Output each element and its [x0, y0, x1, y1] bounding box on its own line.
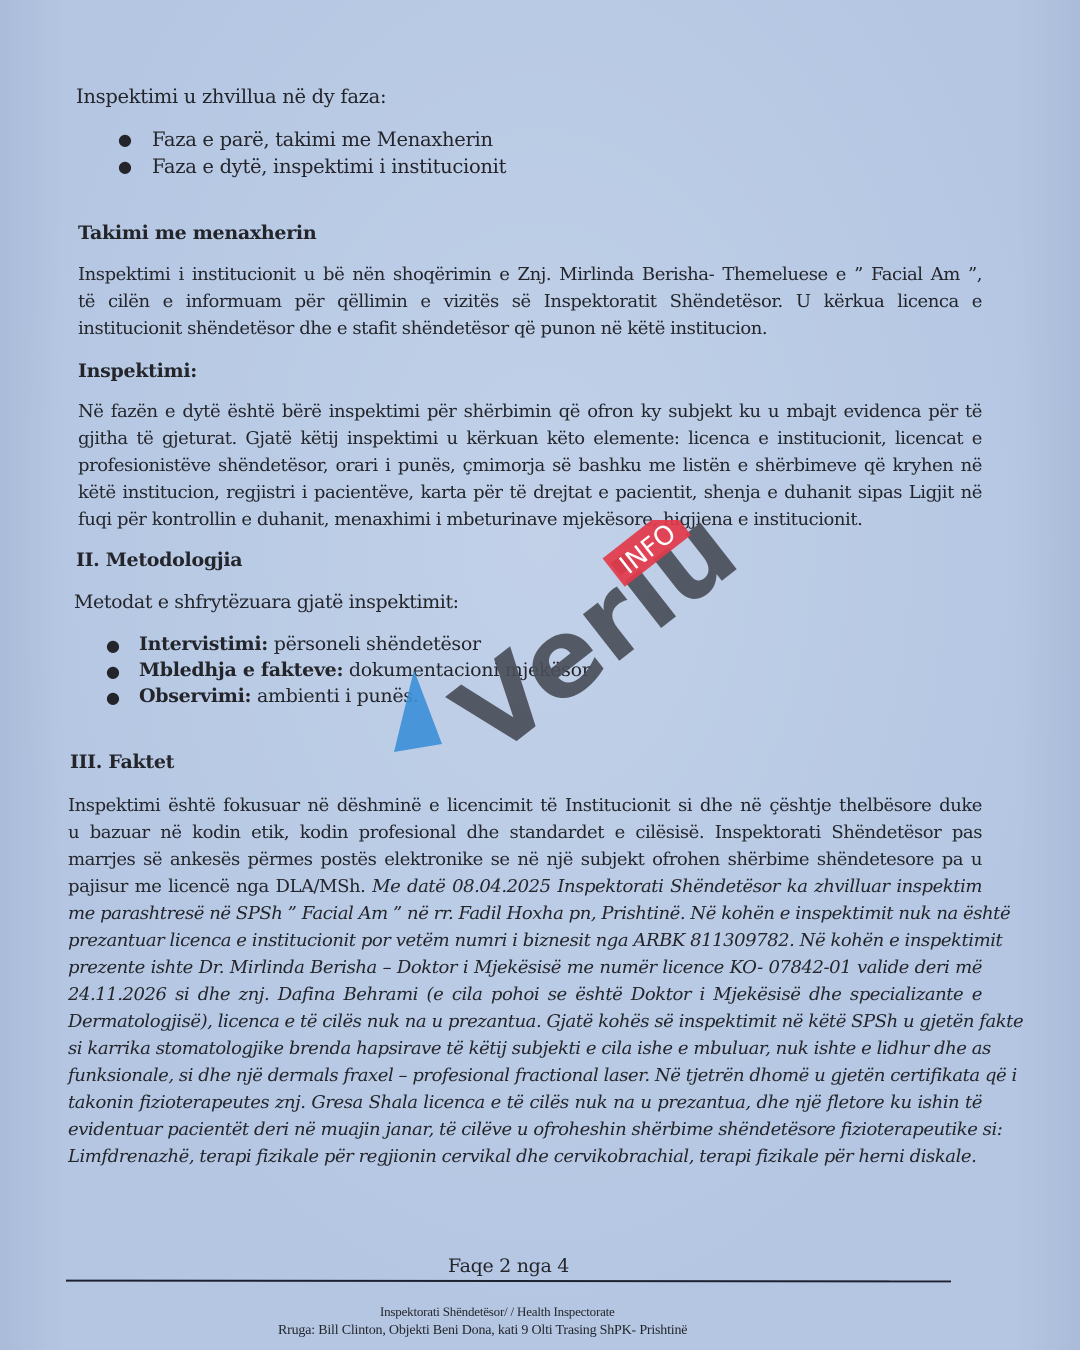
facts-line: Inspektimi është fokusuar në dëshminë e … [68, 792, 982, 819]
method-item: Intervistimi: përsoneli shëndetësor [139, 633, 481, 655]
facts-line: me parashtresë në SPSh ” Facial Am ” në … [68, 900, 982, 927]
meeting-heading: Takimi me menaxherin [78, 222, 316, 244]
facts-line: marrjes së ankesës përmes postës elektro… [68, 846, 982, 873]
bullet-icon: ● [106, 636, 120, 655]
bullet-icon: ● [106, 688, 120, 707]
meeting-line: Inspektimi i institucionit u bë nën shoq… [78, 261, 982, 288]
method-item: Mbledhja e fakteve: dokumentacioni mjekë… [139, 659, 591, 681]
inspection-line: Në fazën e dytë është bërë inspektimi pë… [78, 398, 982, 425]
facts-line: funksionale, si dhe një dermals fraxel –… [68, 1062, 982, 1089]
inspection-line: gjitha të gjeturat. Gjatë këtij inspekti… [78, 425, 982, 452]
facts-line: takonin fizioterapeutes znj. Gresa Shala… [68, 1089, 982, 1116]
facts-paragraph: Inspektimi është fokusuar në dëshminë e … [68, 792, 982, 1170]
facts-line: si karrika stomatologjike brenda hapsira… [68, 1035, 982, 1062]
methodology-intro: Metodat e shfrytëzuara gjatë inspektimit… [74, 591, 459, 613]
footer-address: Rruga: Bill Clinton, Objekti Beni Dona, … [278, 1323, 687, 1339]
footer-institution: Inspektorati Shëndetësor/ / Health Inspe… [380, 1304, 615, 1320]
facts-line: Limfdrenazhë, terapi fizikale për regjio… [68, 1143, 982, 1170]
facts-line: pajisur me licencë nga DLA/MSh. Me datë … [68, 873, 982, 900]
logo-accent-icon [394, 670, 442, 752]
bullet-icon: ● [118, 130, 132, 149]
bullet-icon: ● [118, 157, 132, 176]
intro-heading: Inspektimi u zhvillua në dy faza: [76, 85, 386, 108]
facts-line: prezantuar licenca e institucionit por v… [68, 927, 982, 954]
meeting-line: të cilën e informuam për qëllimin e vizi… [78, 288, 982, 315]
bullet-icon: ● [106, 662, 120, 681]
inspection-heading: Inspektimi: [78, 360, 197, 382]
inspection-paragraph: Në fazën e dytë është bërë inspektimi pë… [78, 398, 982, 533]
document-page: Inspektimi u zhvillua në dy faza: ● Faza… [0, 0, 1080, 1350]
methodology-heading: II. Metodologjia [76, 549, 242, 571]
meeting-line: institucionit shëndetësor dhe e stafit s… [78, 315, 982, 342]
inspection-line: fuqi për kontrollin e duhanit, menaxhimi… [78, 506, 982, 533]
inspection-line: këtë institucion, regjistri i pacientëve… [78, 479, 982, 506]
facts-line: evidentuar pacientët deri në muajin jana… [68, 1116, 982, 1143]
method-item: Observimi: ambienti i punës. [139, 685, 418, 707]
facts-line: prezente ishte Dr. Mirlinda Berisha – Do… [68, 954, 982, 981]
facts-line: Dermatologjisë), licenca e të cilës nuk … [68, 1008, 982, 1035]
footer-divider [66, 1280, 951, 1283]
inspection-line: profesionistëve shëndetësor, orari i pun… [78, 452, 982, 479]
meeting-paragraph: Inspektimi i institucionit u bë nën shoq… [78, 261, 982, 342]
facts-heading: III. Faktet [70, 751, 174, 773]
facts-line: u bazuar në kodin etik, kodin profesiona… [68, 819, 982, 846]
phase-item: Faza e parë, takimi me Menaxherin [152, 128, 493, 151]
phase-item: Faza e dytë, inspektimi i institucionit [152, 155, 506, 178]
facts-line: 24.11.2026 si dhe znj. Dafina Behrami (e… [68, 981, 982, 1008]
page-number: Faqe 2 nga 4 [448, 1255, 569, 1277]
